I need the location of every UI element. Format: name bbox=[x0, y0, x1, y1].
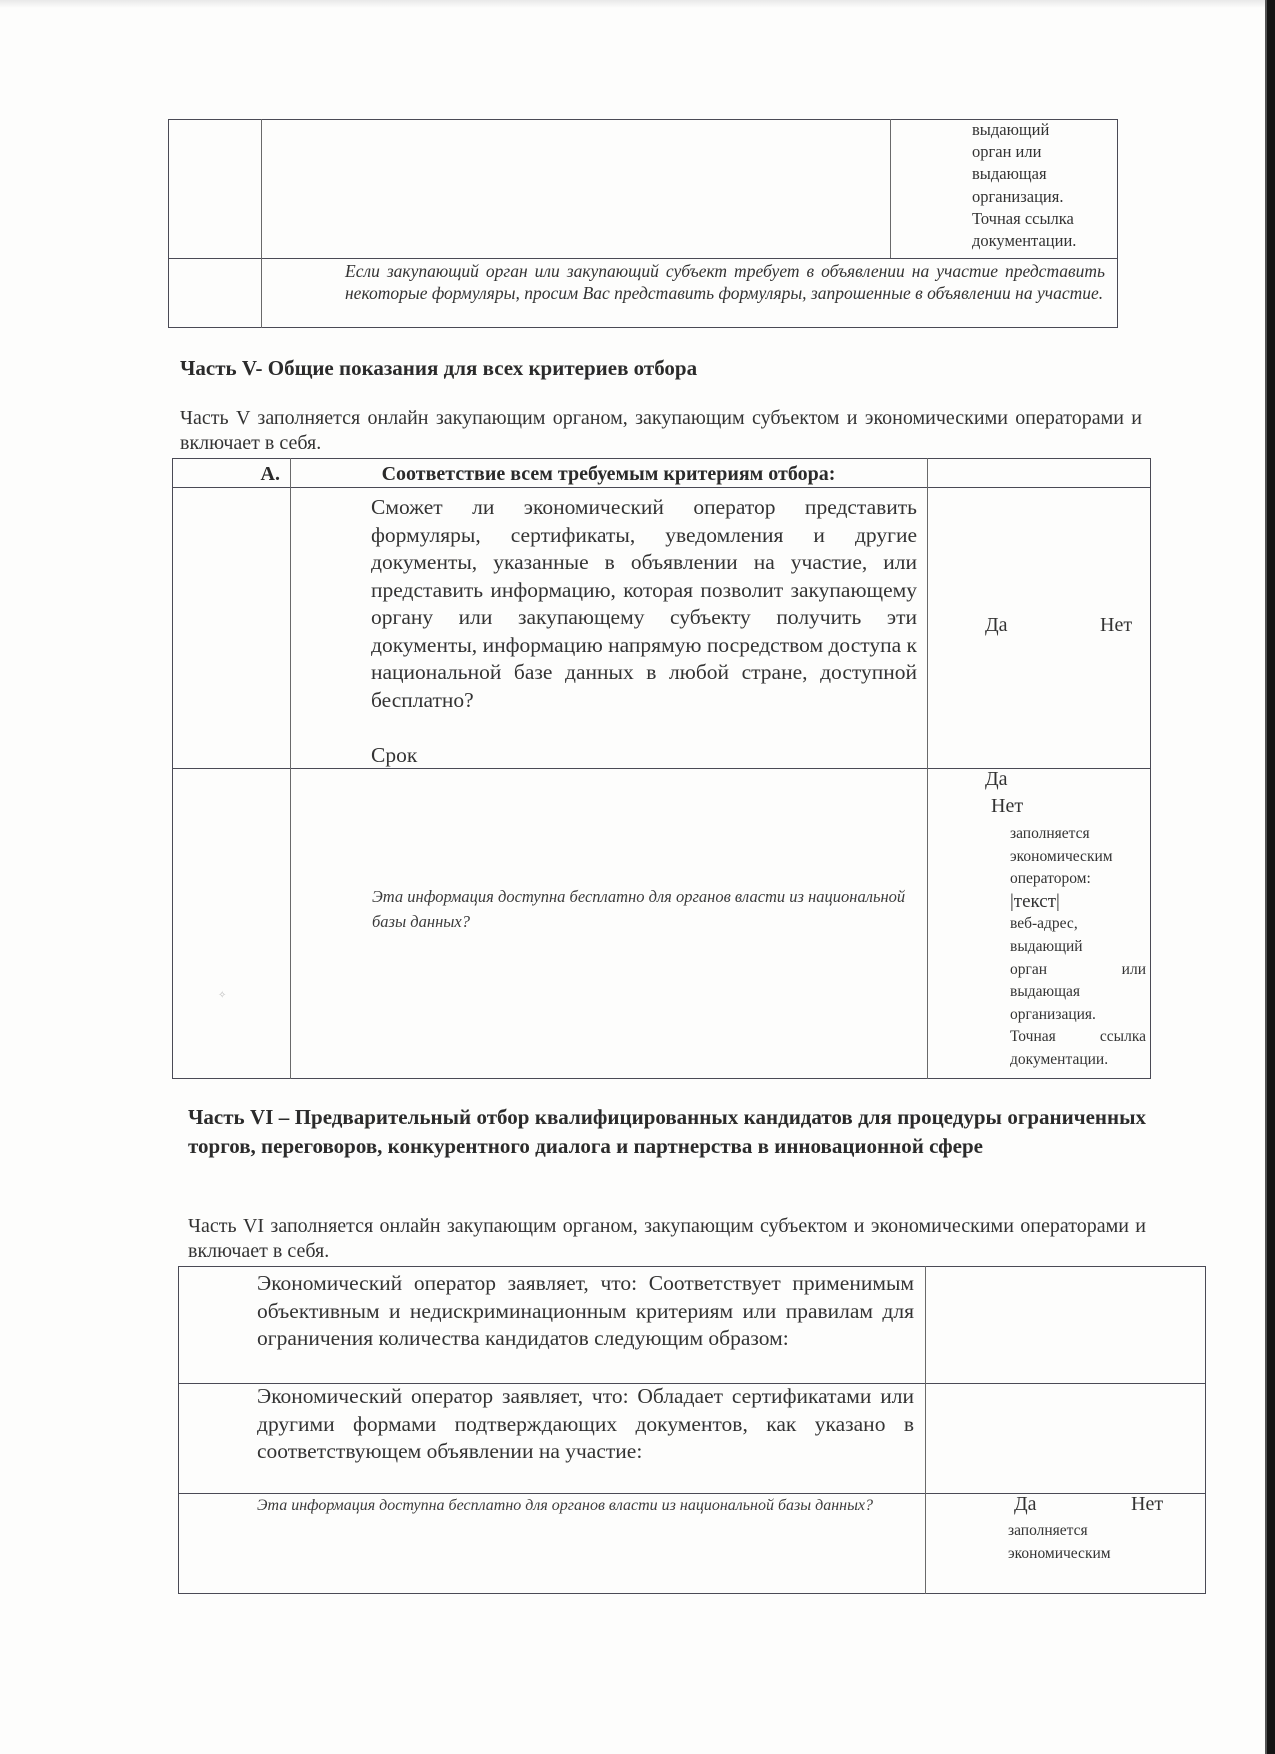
details-line: организация. bbox=[1010, 1004, 1146, 1027]
part5-header-letter: А. bbox=[172, 462, 280, 486]
part6-col-divider bbox=[925, 1266, 926, 1594]
top-table-row-divider bbox=[168, 258, 1118, 259]
details-line: выдающая bbox=[1010, 981, 1146, 1004]
part6-row3-no-option[interactable]: Нет bbox=[1131, 1493, 1163, 1516]
part5-row2-yes-option[interactable]: Да bbox=[985, 768, 1008, 791]
part5-col-divider-1 bbox=[290, 458, 291, 1079]
details-line: заполняется bbox=[1008, 1520, 1188, 1543]
part5-intro: Часть V заполняется онлайн закупающим ор… bbox=[180, 406, 1142, 456]
cell-line: выдающая bbox=[972, 163, 1112, 185]
part5-row1-term-label: Срок bbox=[371, 742, 417, 770]
part5-row1-yes-option[interactable]: Да bbox=[985, 614, 1008, 637]
part6-row1-statement: Экономический оператор заявляет, что: Со… bbox=[257, 1270, 914, 1353]
part6-row3-yes-option[interactable]: Да bbox=[1014, 1493, 1037, 1516]
scan-right-edge bbox=[1265, 0, 1275, 1754]
top-table-forms-note: Если закупающий орган или закупающий суб… bbox=[345, 260, 1105, 304]
details-line: оператором: bbox=[1010, 868, 1146, 891]
cell-line: орган или bbox=[972, 141, 1112, 163]
text-placeholder[interactable]: |текст| bbox=[1010, 891, 1146, 914]
cell-line: Точная ссылка bbox=[972, 208, 1112, 230]
part5-row1-no-option[interactable]: Нет bbox=[1100, 614, 1132, 637]
part5-header-divider bbox=[172, 487, 1151, 488]
part5-row1-question: Сможет ли экономический оператор предста… bbox=[371, 494, 917, 714]
details-line: экономическим bbox=[1010, 846, 1146, 869]
part6-heading: Часть VI – Предварительный отбор квалифи… bbox=[188, 1103, 1146, 1161]
part5-row2-no-option[interactable]: Нет bbox=[991, 795, 1023, 818]
cell-line: организация. bbox=[972, 186, 1112, 208]
details-line: Точная ссылка bbox=[1010, 1026, 1146, 1049]
details-line: заполняется bbox=[1010, 823, 1146, 846]
top-table-col-divider-2 bbox=[890, 119, 891, 258]
part6-row3-question: Эта информация доступна бесплатно для ор… bbox=[257, 1494, 917, 1518]
part6-row2-statement: Экономический оператор заявляет, что: Об… bbox=[257, 1383, 914, 1466]
part6-intro: Часть VI заполняется онлайн закупающим о… bbox=[188, 1214, 1146, 1264]
top-table-col-divider-1 bbox=[261, 119, 262, 328]
scan-top-shadow bbox=[0, 0, 1265, 8]
part5-heading: Часть V- Общие показания для всех критер… bbox=[180, 356, 1140, 381]
cell-line: выдающий bbox=[972, 119, 1112, 141]
scan-speck: ✧ bbox=[218, 990, 226, 1001]
details-line: документации. bbox=[1010, 1049, 1146, 1072]
cell-line: документации. bbox=[972, 230, 1112, 252]
details-line: орган или bbox=[1010, 959, 1146, 982]
part5-row2-details: заполняется экономическим оператором: |т… bbox=[1010, 823, 1146, 1072]
top-table-issuer-cell: выдающий орган или выдающая организация.… bbox=[972, 119, 1112, 252]
details-line: веб-адрес, bbox=[1010, 913, 1146, 936]
details-line: выдающий bbox=[1010, 936, 1146, 959]
part5-header-title: Соответствие всем требуемым критериям от… bbox=[290, 462, 927, 486]
part6-row3-details: заполняется экономическим bbox=[1008, 1520, 1188, 1565]
details-line: экономическим bbox=[1008, 1543, 1188, 1566]
part5-row2-question: Эта информация доступна бесплатно для ор… bbox=[372, 884, 912, 934]
part5-col-divider-2 bbox=[927, 458, 928, 1079]
